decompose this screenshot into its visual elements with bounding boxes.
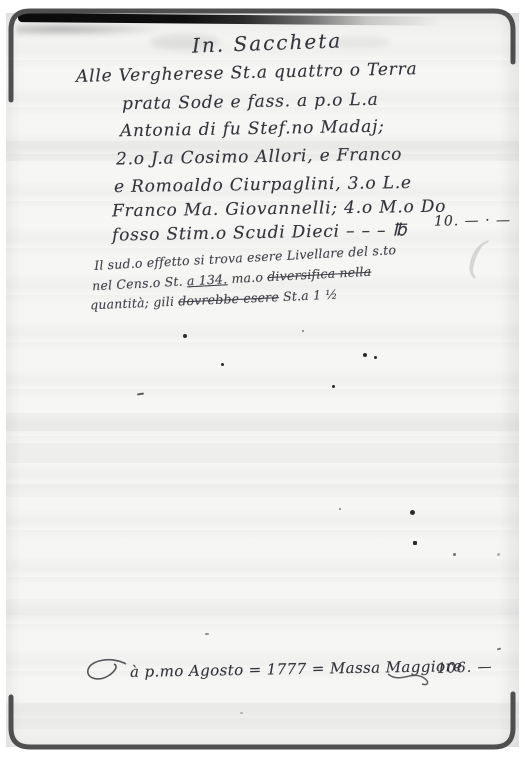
note-line-3-text: St.a 1 ½ [279,287,338,305]
speck [363,353,367,357]
speck [497,553,500,556]
swash-icon [386,668,436,688]
speck [205,633,209,635]
speck [183,334,187,338]
footer-amount: 106. — [437,659,493,677]
entry-amount: 10. — · — [434,212,511,229]
fold-band [6,703,519,729]
fold-band [6,443,519,463]
note-line-2-text: ma.o [227,269,268,286]
speck [413,541,417,545]
entry-line-5: e Romoaldo Ciurpaglini, 3.o L.e [114,173,412,197]
speck [302,330,304,332]
speck [453,553,456,556]
speck [374,356,377,359]
speck [332,385,335,388]
fold-band [6,413,519,431]
speck [410,510,415,515]
ink-smudge [16,24,166,37]
fold-band [6,485,519,497]
speck [240,712,243,714]
flourish-icon [84,656,130,690]
manuscript-scan-view: In. Saccheta Alle Vergherese St.a quattr… [0,0,525,760]
speck [221,363,224,366]
fold-band [6,599,519,615]
note-line-2-underlined: a 134. [187,271,228,288]
speck [339,508,341,510]
